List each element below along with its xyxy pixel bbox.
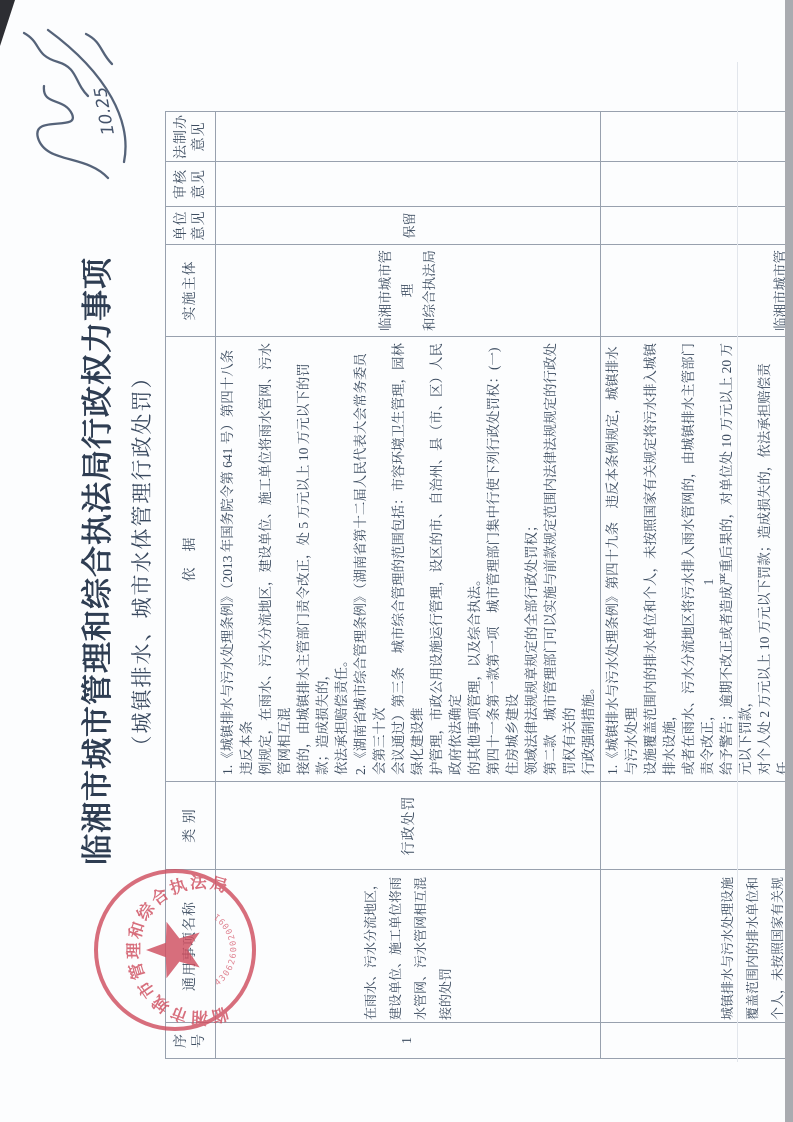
scanner-edge bbox=[785, 0, 793, 1122]
paper-sheet: 临湘市城市管理和综合执法局行政权力事项 （城镇排水、城市水体管理行政处罚） 序 … bbox=[0, 0, 785, 1122]
scanned-document: 临湘市城市管理和综合执法局行政权力事项 （城镇排水、城市水体管理行政处罚） 序 … bbox=[0, 0, 793, 1122]
cell-serial-no: 2 bbox=[601, 1023, 786, 1059]
star-icon bbox=[146, 922, 200, 979]
table-row: 1 在雨水、污水分流地区， 建设单位、施工单位将雨 水管网、污水管网相互混 接的… bbox=[216, 112, 601, 1059]
cell-unit-opinion: 保留 bbox=[601, 207, 786, 245]
scan-corner-shadow bbox=[0, 0, 15, 46]
header-review-opinion: 审核 意见 bbox=[166, 162, 216, 207]
cell-item-name: 城镇排水与污水处理设施 覆盖范围内的排水单位和 个人，未按照国家有关规 定将污水… bbox=[601, 870, 786, 1023]
cell-category: 行政处罚 bbox=[216, 782, 601, 870]
cell-legal-office-opinion bbox=[216, 112, 601, 162]
cell-item-name: 在雨水、污水分流地区， 建设单位、施工单位将雨 水管网、污水管网相互混 接的处罚 bbox=[216, 870, 601, 1023]
cell-legal-office-opinion bbox=[601, 112, 786, 162]
signature-stroke bbox=[24, 33, 88, 96]
header-category: 类 别 bbox=[166, 782, 216, 870]
official-seal-stamp: 临湘市城市管理和综合执法局 4306260020091 bbox=[90, 865, 260, 1035]
header-legal-office-opinion: 法制办 意见 bbox=[166, 112, 216, 162]
svg-text:4306260020091: 4306260020091 bbox=[211, 910, 239, 988]
cell-serial-no: 1 bbox=[216, 1023, 601, 1059]
cell-review-opinion bbox=[601, 162, 786, 207]
cell-implementing-body: 临湘市城市管理 和综合执法局 bbox=[601, 245, 786, 337]
cell-unit-opinion: 保留 bbox=[216, 207, 601, 245]
signature-stroke bbox=[86, 34, 112, 64]
seal-serial-number: 4306260020091 bbox=[211, 910, 239, 988]
header-unit-opinion: 单位 意见 bbox=[166, 207, 216, 245]
paper-fold-line bbox=[737, 62, 738, 1062]
cell-category: 行政处罚 bbox=[601, 782, 786, 870]
page-number: 1 bbox=[702, 42, 718, 1122]
header-implementing-body: 实施主体 bbox=[166, 245, 216, 337]
cell-implementing-body: 临湘市城市管理 和综合执法局 bbox=[216, 245, 601, 337]
table-row: 2 城镇排水与污水处理设施 覆盖范围内的排水单位和 个人，未按照国家有关规 定将… bbox=[601, 112, 786, 1059]
signature-date: 10.25 bbox=[91, 85, 119, 136]
landscape-page: 临湘市城市管理和综合执法局行政权力事项 （城镇排水、城市水体管理行政处罚） 序 … bbox=[0, 0, 785, 1122]
cell-review-opinion bbox=[216, 162, 601, 207]
cell-legal-basis: 1.《城镇排水与污水处理条例》第四十九条 违反本条例规定，城镇排水与污水处理 设… bbox=[601, 337, 786, 782]
cell-legal-basis: 1.《城镇排水与污水处理条例》（2013 年国务院令第 641 号）第四十八条 … bbox=[216, 337, 601, 782]
header-legal-basis: 依 据 bbox=[166, 337, 216, 782]
handwritten-signature: 10.25 bbox=[12, 17, 147, 192]
